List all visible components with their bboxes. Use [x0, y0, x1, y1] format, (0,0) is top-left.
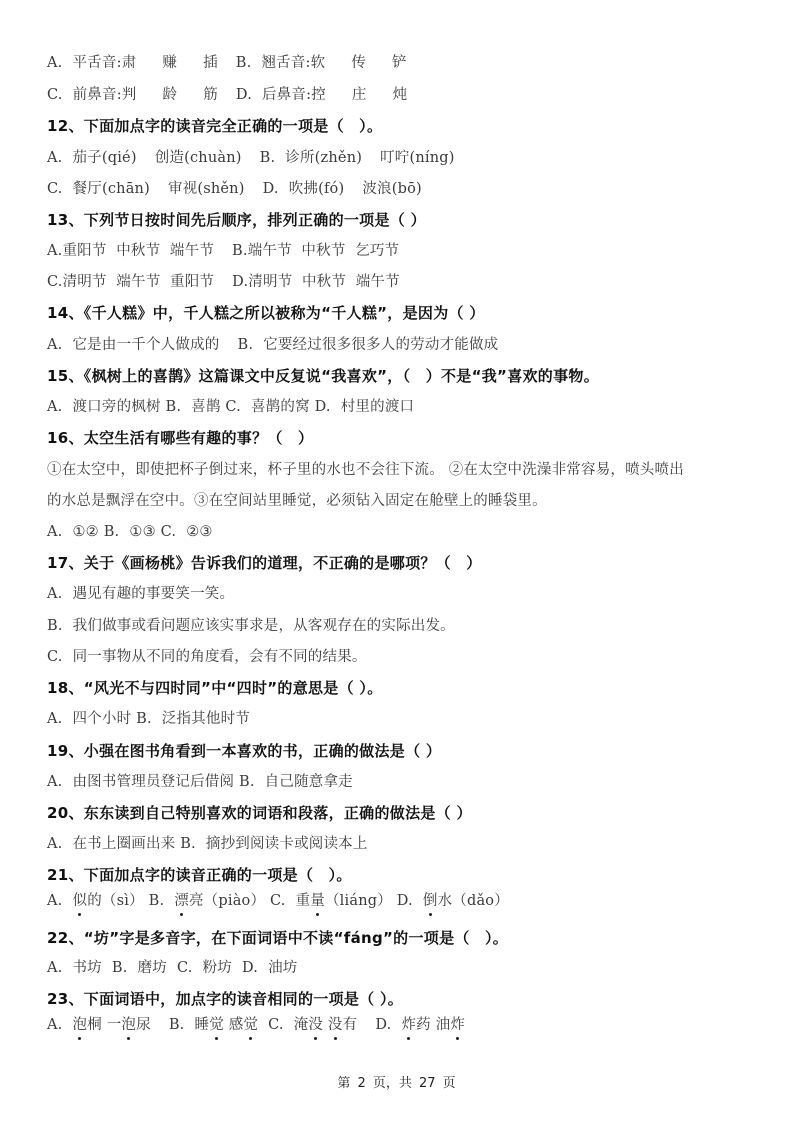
q19-options: A.由图书管理员登记后借阅 B.自己随意拿走: [47, 772, 353, 792]
question-23: 23、下面词语中，加点字的读音相同的一项是（ ）。: [47, 989, 403, 1009]
page-number-footer: 第 2 页，共 27 页: [0, 1072, 793, 1091]
option-text: 四个小时: [72, 711, 131, 727]
option-text: 淹: [294, 1017, 309, 1033]
option-char: 赚: [162, 55, 177, 71]
option-label: C.: [47, 274, 63, 290]
option-label: B.: [232, 243, 248, 259]
option-text: 我们做事或看问题应该实事求是，从客观存在的实际出发。: [73, 618, 455, 634]
option-label: A.: [47, 893, 62, 909]
option-word: 吹拂(fó): [289, 181, 345, 197]
option-label: A.: [47, 586, 62, 602]
dotted-char: 觉: [209, 1015, 224, 1035]
option-text: 书坊: [72, 960, 101, 976]
option-text: 油坊: [268, 960, 297, 976]
q17-option-c: C.同一事物从不同的角度看，会有不同的结果。: [47, 647, 367, 667]
option-label: D.: [236, 87, 252, 103]
option-text: 端午节 中秋节 乞巧节: [248, 243, 400, 259]
option-char: 插: [203, 55, 218, 71]
dotted-char: 炸: [450, 1015, 465, 1035]
option-label: A.: [47, 150, 62, 166]
option-word: 餐厅(chān): [73, 181, 150, 197]
option-text: 自己随意拿走: [265, 774, 353, 790]
question-15: 15、《枫树上的喜鹊》这篇课文中反复说“我喜欢”，（ ）不是“我”喜欢的事物。: [47, 366, 599, 386]
option-label: C.: [270, 893, 286, 909]
option-text: 前鼻音:判: [73, 87, 137, 103]
q17-option-b: B.我们做事或看问题应该实事求是，从客观存在的实际出发。: [47, 616, 455, 636]
q22-options: A.书坊B.磨坊C.粉坊D.油坊: [47, 958, 298, 978]
q23-options: A.泡桐 一泡尿B.睡觉 感觉C.淹没 没有D.炸药 油炸: [47, 1015, 465, 1035]
option-label: B.: [149, 893, 165, 909]
option-label: B.: [104, 524, 120, 540]
option-label: B.: [169, 1017, 185, 1033]
q14-options: A.它是由一千个人做成的B.它要经过很多很多人的劳动才能做成: [47, 335, 498, 355]
q12-options-line-1: A.茄子(qié)创造(chuàn)B.诊所(zhěn)叮咛(níng): [47, 148, 455, 168]
question-14: 14、《千人糕》中，千人糕之所以被称为“千人糕”，是因为（ ）: [47, 303, 485, 323]
option-text: 同一事物从不同的角度看，会有不同的结果。: [73, 649, 367, 665]
option-pinyin: （dǎo）: [452, 893, 509, 909]
option-char: 庄: [352, 87, 367, 103]
option-text: 水: [438, 893, 453, 909]
option-text: 泛指其他时节: [162, 711, 250, 727]
dotted-char: 似: [72, 891, 87, 911]
option-text: 桐: [87, 1017, 102, 1033]
option-label: A.: [47, 960, 62, 976]
question-13: 13、下列节日按时间先后顺序，排列正确的一项是（ ）: [47, 210, 426, 230]
option-text: 在书上圈画出来: [72, 836, 175, 852]
option-char: 炖: [393, 87, 408, 103]
option-label: B.: [239, 774, 255, 790]
question-21: 21、下面加点字的读音正确的一项是（ ）。: [47, 865, 352, 885]
option-text: ①②: [72, 524, 98, 540]
question-18: 18、“风光不与四时同”中“四时”的意思是（ ）。: [47, 678, 383, 698]
question-12: 12、下面加点字的读音完全正确的一项是（ ）。: [47, 116, 382, 136]
dotted-char: 泡: [121, 1015, 136, 1035]
option-label: D.: [263, 181, 279, 197]
question-22: 22、“坊”字是多音字，在下面词语中不读“fáng”的一项是（ ）。: [47, 928, 508, 948]
q18-options: A.四个小时 B.泛指其他时节: [47, 709, 250, 729]
option-label: D.: [232, 274, 248, 290]
dotted-char: 量: [310, 891, 325, 911]
dotted-char: 没: [328, 1015, 343, 1035]
option-word: 茄子(qié): [72, 150, 136, 166]
option-label: D.: [315, 399, 331, 415]
q20-options: A.在书上圈画出来 B.摘抄到阅读卡或阅读本上: [47, 834, 368, 854]
option-text: 喜鹊: [191, 399, 220, 415]
option-text: ①③: [129, 524, 155, 540]
q15-options: A.渡口旁的枫树 B.喜鹊 C.喜鹊的窝 D.村里的渡口: [47, 397, 414, 417]
dotted-char: 泡: [72, 1015, 87, 1035]
option-label: A.: [47, 774, 62, 790]
option-label: B.: [236, 55, 252, 71]
option-label: A.: [47, 711, 62, 727]
option-text: 遇见有趣的事要笑一笑。: [72, 586, 234, 602]
option-text: 睡: [194, 1017, 209, 1033]
dotted-char: 漂: [174, 891, 189, 911]
option-pinyin: （liáng）: [325, 893, 392, 909]
dotted-char: 倒: [423, 891, 438, 911]
option-text: 磨坊: [138, 960, 167, 976]
option-word: 叮咛(níng): [380, 150, 455, 166]
option-word: 审视(shěn): [168, 181, 245, 197]
option-label: C.: [225, 399, 241, 415]
option-text: 药: [416, 1017, 431, 1033]
option-label: C.: [268, 1017, 284, 1033]
q21-options: A.似的（sì） B.漂亮（piào） C.重量（liáng） D.倒水（dǎo…: [47, 891, 509, 911]
option-char: 铲: [392, 55, 407, 71]
dotted-char: 炸: [401, 1015, 416, 1035]
option-text: 重: [296, 893, 311, 909]
q16-passage-line-1: ①在太空中，即使把杯子倒过来，杯子里的水也不会往下流。 ②在太空中洗澡非常容易，…: [47, 460, 684, 480]
option-text: 有: [343, 1017, 358, 1033]
q11-options-line-1: A.平舌音:肃赚插B.翘舌音:软传铲: [47, 53, 407, 73]
option-text: ②③: [186, 524, 212, 540]
option-text: 由图书管理员登记后借阅: [72, 774, 234, 790]
q16-passage-line-2: 的水总是飘浮在空中。③在空间站里睡觉，必须钻入固定在舱壁上的睡袋里。: [47, 491, 547, 511]
q16-options: A.①② B.①③ C.②③: [47, 522, 213, 542]
option-label: C.: [47, 649, 63, 665]
option-label: D.: [375, 1017, 391, 1033]
q11-options-line-2: C.前鼻音:判龄筋D.后鼻音:控庄炖: [47, 85, 407, 105]
option-label: B.: [166, 399, 182, 415]
option-label: C.: [47, 181, 63, 197]
option-text: 的: [87, 893, 102, 909]
option-text: 尿: [136, 1017, 151, 1033]
option-label: A.: [47, 243, 62, 259]
option-label: B.: [47, 618, 63, 634]
q13-options-line-2: C.清明节 端午节 重阳节D.清明节 中秋节 端午节: [47, 272, 400, 292]
option-label: A.: [47, 524, 62, 540]
option-text: 后鼻音:控: [262, 87, 326, 103]
option-text: 感: [229, 1017, 244, 1033]
option-label: A.: [47, 337, 62, 353]
option-label: D.: [242, 960, 258, 976]
option-text: 平舌音:肃: [72, 55, 136, 71]
option-pinyin: （sì）: [102, 893, 144, 909]
dotted-char: 觉: [243, 1015, 258, 1035]
option-text: 喜鹊的窝: [251, 399, 310, 415]
option-text: 摘抄到阅读卡或阅读本上: [206, 836, 368, 852]
question-16: 16、太空生活有哪些有趣的事？（ ）: [47, 428, 313, 448]
dotted-char: 没: [308, 1015, 323, 1035]
option-word: 创造(chuàn): [155, 150, 242, 166]
option-label: A.: [47, 399, 62, 415]
option-label: C.: [161, 524, 177, 540]
option-label: D.: [397, 893, 413, 909]
option-word: 波浪(bō): [362, 181, 422, 197]
option-label: A.: [47, 1017, 62, 1033]
q12-options-line-2: C.餐厅(chān)审视(shěn)D.吹拂(fó)波浪(bō): [47, 179, 422, 199]
q13-options-line-1: A.重阳节 中秋节 端午节B.端午节 中秋节 乞巧节: [47, 241, 399, 261]
option-label: A.: [47, 836, 62, 852]
option-text: 一: [107, 1017, 122, 1033]
option-text: 翘舌音:软: [261, 55, 325, 71]
option-char: 筋: [203, 87, 218, 103]
option-text: 村里的渡口: [341, 399, 415, 415]
option-text: 渡口旁的枫树: [72, 399, 160, 415]
option-label: B.: [112, 960, 128, 976]
option-text: 清明节 端午节 重阳节: [63, 274, 215, 290]
option-label: C.: [47, 87, 63, 103]
question-19: 19、小强在图书角看到一本喜欢的书，正确的做法是（ ）: [47, 741, 441, 761]
option-text: 清明节 中秋节 端午节: [248, 274, 400, 290]
option-label: B.: [237, 337, 253, 353]
option-text: 油: [436, 1017, 451, 1033]
document-page: A.平舌音:肃赚插B.翘舌音:软传铲 C.前鼻音:判龄筋D.后鼻音:控庄炖 12…: [0, 0, 793, 1122]
option-text: 重阳节 中秋节 端午节: [62, 243, 214, 259]
option-text: 它要经过很多很多人的劳动才能做成: [263, 337, 498, 353]
question-17: 17、关于《画杨桃》告诉我们的道理，不正确的是哪项？（ ）: [47, 553, 482, 573]
option-word: 诊所(zhěn): [285, 150, 362, 166]
option-text: 粉坊: [203, 960, 232, 976]
option-label: B.: [136, 711, 152, 727]
option-char: 龄: [162, 87, 177, 103]
option-label: C.: [177, 960, 193, 976]
q17-option-a: A.遇见有趣的事要笑一笑。: [47, 584, 234, 604]
question-20: 20、东东读到自己特别喜欢的词语和段落，正确的做法是（ ）: [47, 803, 472, 823]
option-label: B.: [180, 836, 196, 852]
option-text: 它是由一千个人做成的: [72, 337, 219, 353]
option-pinyin: （piào）: [204, 893, 266, 909]
option-text: 亮: [189, 893, 204, 909]
option-label: B.: [260, 150, 276, 166]
option-label: A.: [47, 55, 62, 71]
option-char: 传: [351, 55, 366, 71]
